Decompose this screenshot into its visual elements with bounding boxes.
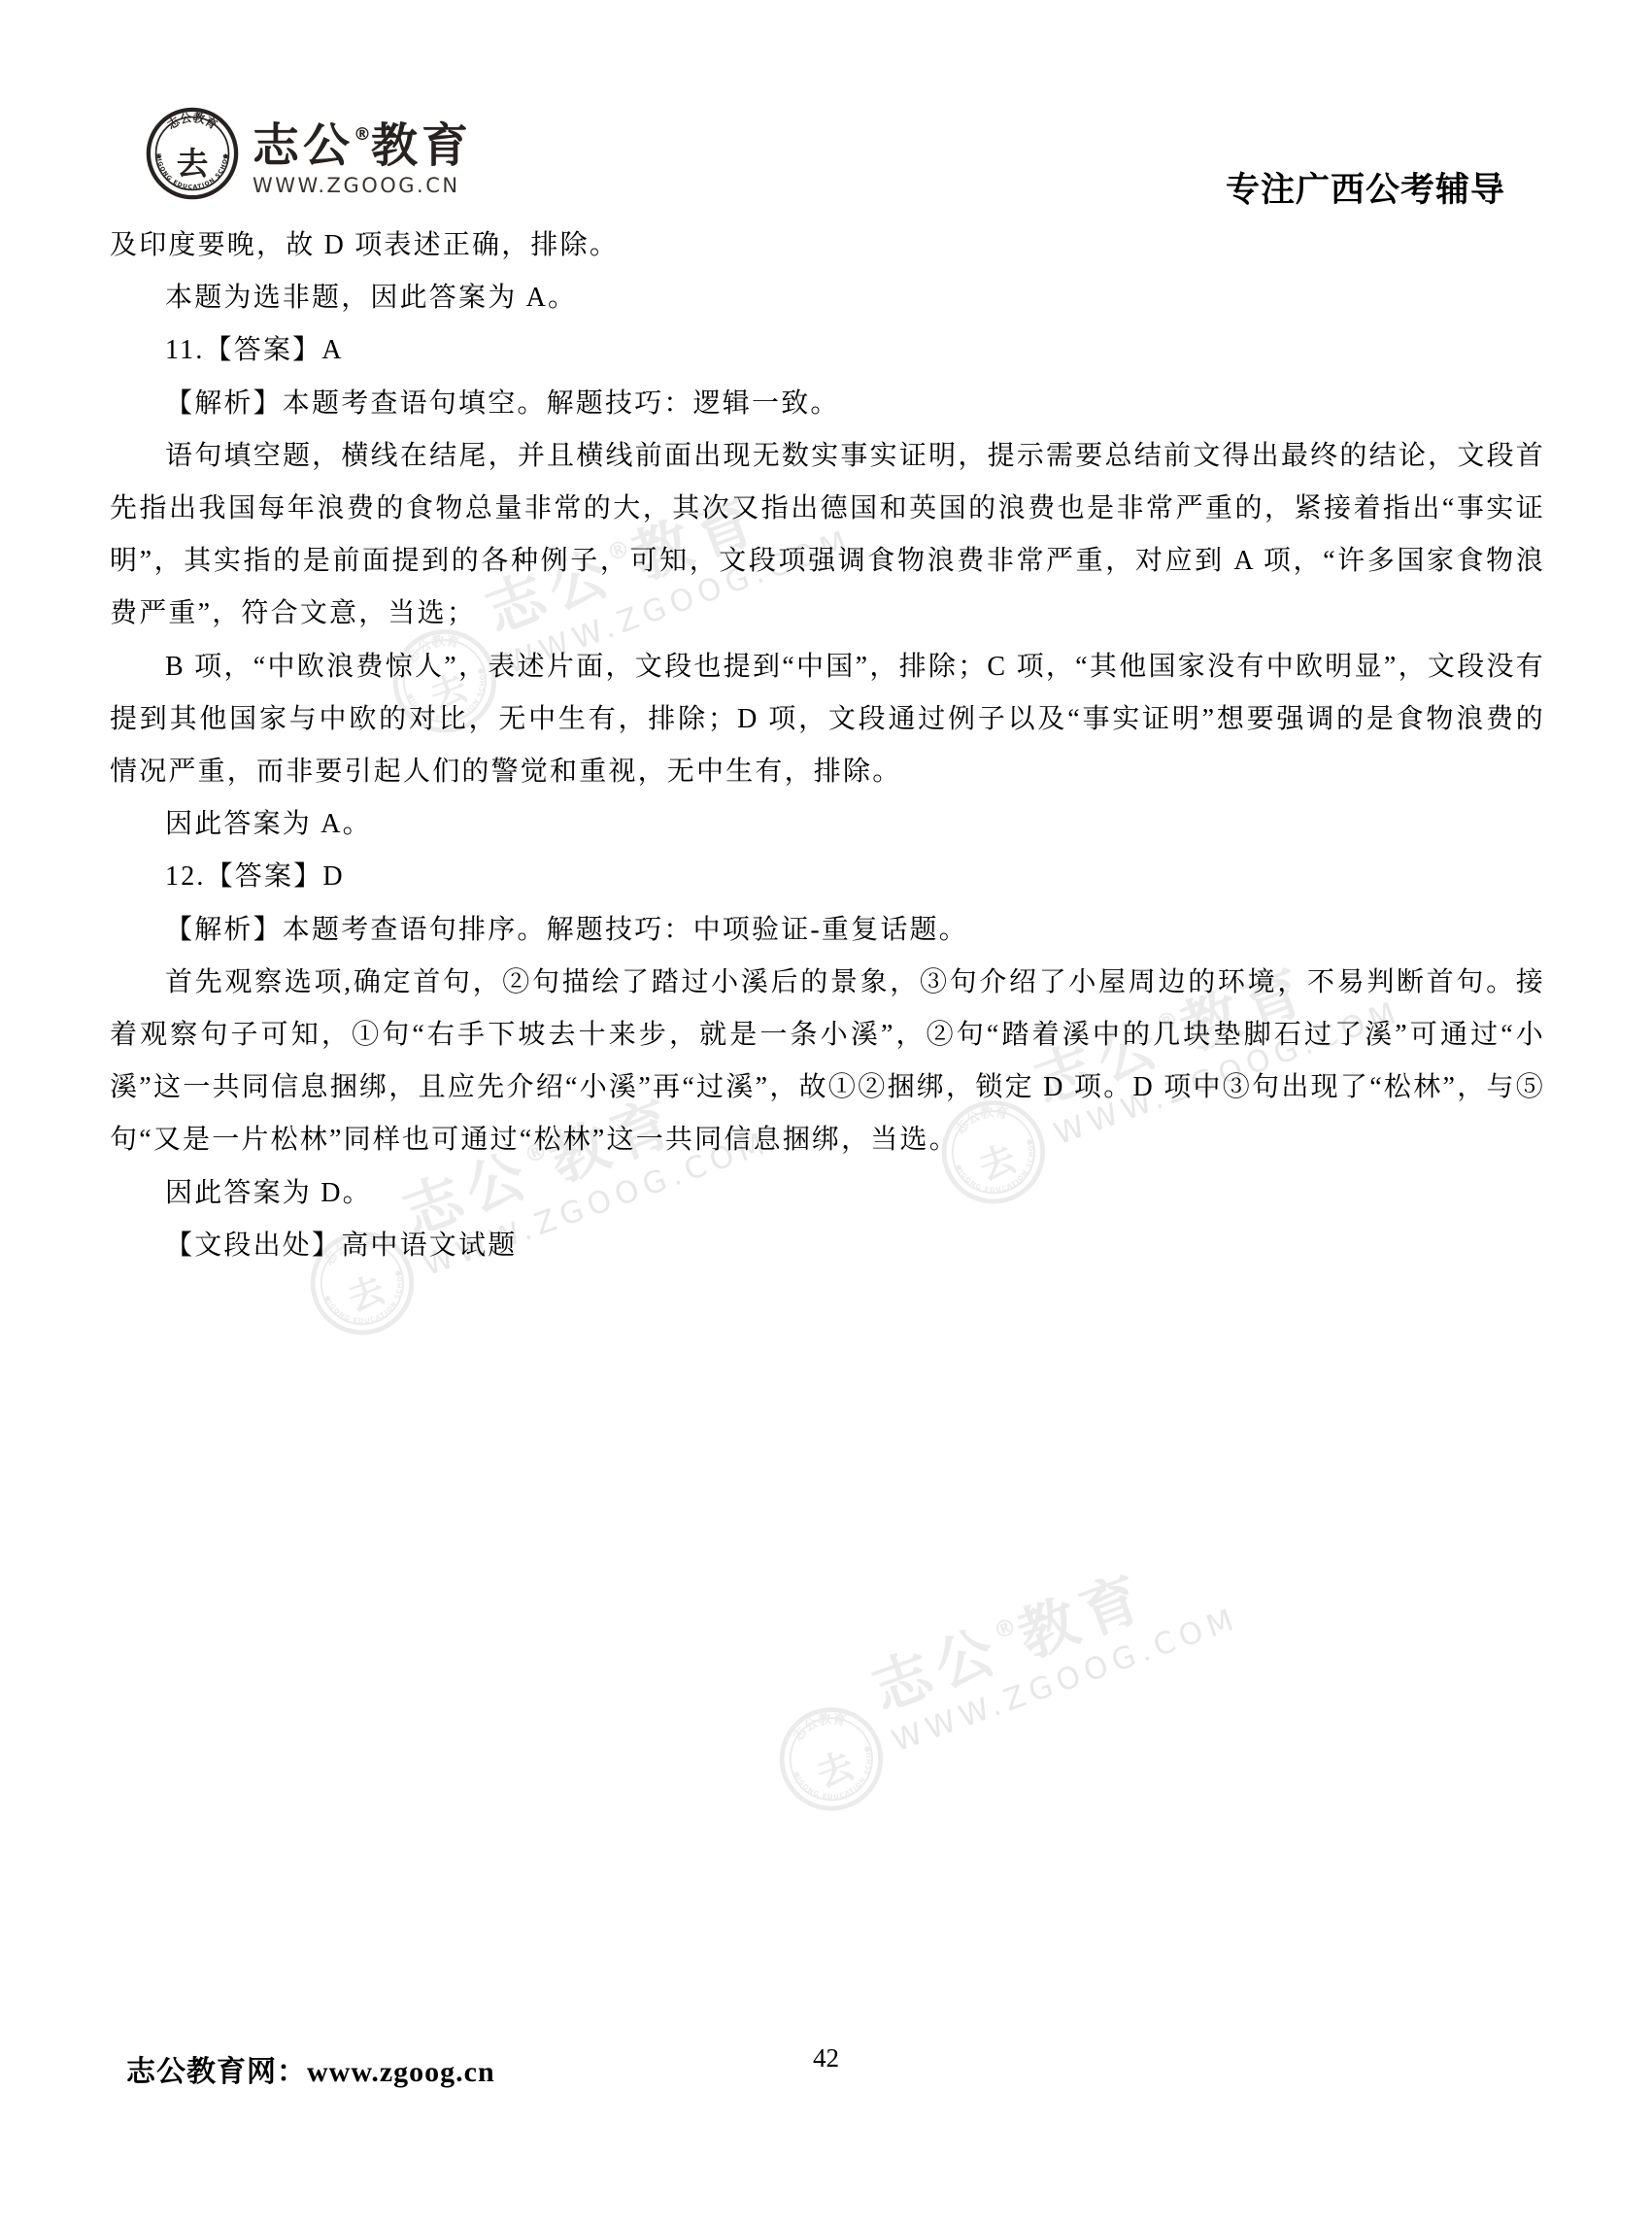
passage-source: 【文段出处】高中语文试题 (110, 1220, 1545, 1272)
analysis-11-options: B 项，“中欧浪费惊人”，表述片面，文段也提到“中国”，排除；C 项，“其他国家… (110, 641, 1545, 799)
logo-website: WWW.ZGOOG.CN (253, 174, 472, 197)
page-number: 42 (0, 2043, 1652, 2073)
watermark-url: WWW.ZGOOG.COM (888, 1601, 1244, 1759)
analysis-12-detail: 首先观察选项,确定首句，②句描绘了踏过小溪后的景象，③句介绍了小屋周边的环境，不… (110, 957, 1545, 1167)
registered-mark: ® (354, 124, 371, 145)
answer-12-conclusion: 因此答案为 D。 (110, 1167, 1545, 1220)
document-page: 志公®教育 WWW.ZGOOG.COM 志公®教育 WWW.ZGOOG.COM … (0, 0, 1652, 2225)
analysis-12: 【解析】本题考查语句排序。解题技巧：中项验证-重复话题。 (110, 904, 1545, 957)
analysis-11-detail: 语句填空题，横线在结尾，并且横线前面出现无数实事实证明，提示需要总结前文得出最终… (110, 430, 1545, 641)
answer-11-conclusion: 因此答案为 A。 (110, 798, 1545, 851)
seal-watermark-icon (764, 1692, 898, 1826)
answer-note: 本题为选非题，因此答案为 A。 (110, 272, 1545, 324)
answer-explanations: 及印度要晚，故 D 项表述正确，排除。 本题为选非题，因此答案为 A。 11.【… (110, 219, 1545, 1272)
company-seal-icon (146, 107, 239, 200)
watermark-wordmark: 志公®教育 (860, 1525, 1230, 1721)
brand-watermark: 志公®教育 WWW.ZGOOG.COM (750, 1525, 1253, 1827)
answer-11: 11.【答案】A (110, 324, 1545, 377)
header-slogan: 专注广西公考辅导 (1226, 163, 1505, 212)
analysis-11: 【解析】本题考查语句填空。解题技巧：逻辑一致。 (110, 378, 1545, 430)
company-logo: 志公®教育 WWW.ZGOOG.CN (146, 107, 472, 200)
logo-wordmark: 志公®教育 (253, 111, 472, 170)
continuation-text: 及印度要晚，故 D 项表述正确，排除。 (110, 219, 1545, 272)
answer-12: 12.【答案】D (110, 851, 1545, 903)
